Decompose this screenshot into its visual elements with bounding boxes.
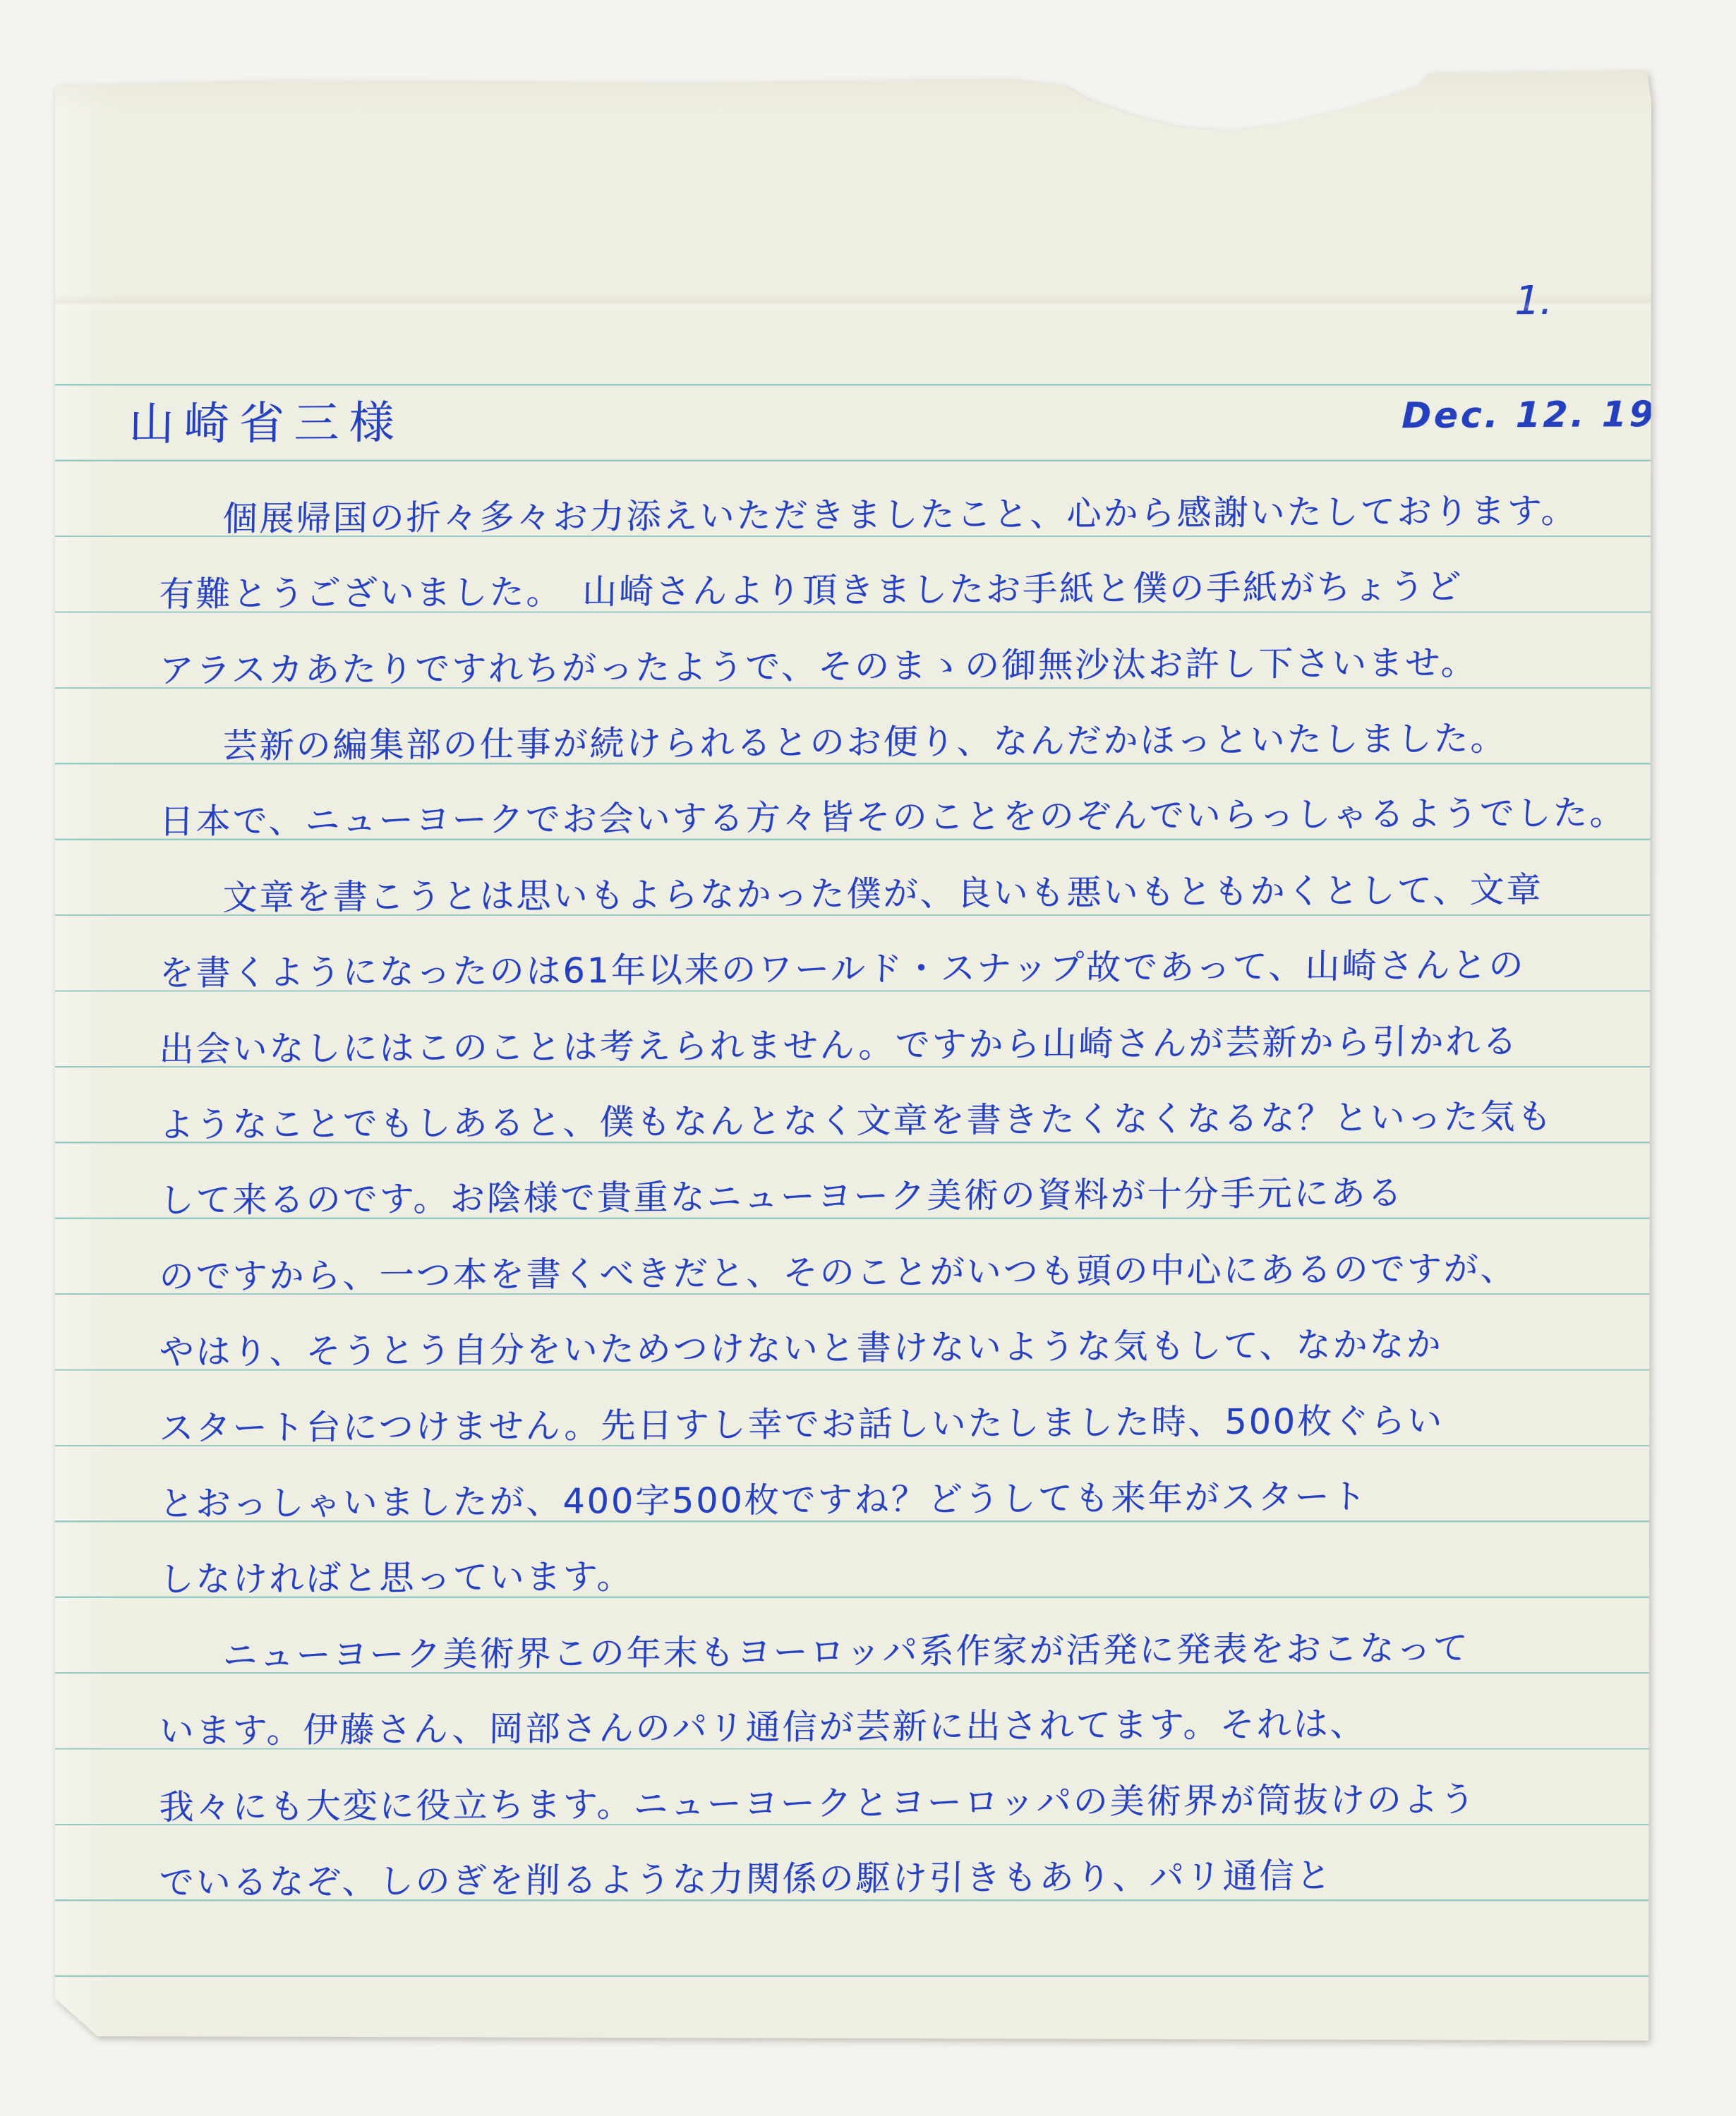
scanned-letter: 1. Dec. 12. 1982 山崎省三様 個展帰国の折々多々お力添えいただき… [0, 0, 1736, 2116]
letter-paper: 1. Dec. 12. 1982 山崎省三様 個展帰国の折々多々お力添えいただき… [55, 69, 1651, 2041]
handwritten-line: ニューヨーク美術界この年末もヨーロッパ系作家が活発に発表をおこなって [222, 1597, 1471, 1680]
handwritten-line: ようなことでもしあると、僕もなんとなく文章を書きたくなくなるな？といった気も [159, 1066, 1555, 1149]
letter-date: Dec. 12. 1982 [1402, 393, 1711, 436]
handwritten-line: でいるなぞ、しのぎを削るような力関係の駆け引きもあり、パリ通信と [159, 1825, 1334, 1907]
handwritten-line: やはり、そうとう自分をいためつけないと書けないような気もして、なかなか [159, 1294, 1444, 1377]
handwritten-line: 芸新の編集部の仕事が続けられるとのお便り、なんだかほっといたしました。 [222, 688, 1508, 770]
handwritten-line: して来るのです。お陰様で貴重なニューヨーク美術の資料が十分手元にある [159, 1143, 1405, 1226]
handwritten-line: のですから、一つ本を書くべきだと、そのことがいつも頭の中心にあるのですが、 [159, 1218, 1518, 1301]
handwritten-line: 我々にも大変に役立ちます。ニューヨークとヨーロッパの美術界が筒抜けのよう [159, 1748, 1478, 1831]
handwritten-line: 文章を書こうとは思いもよらなかった僕が、良いも悪いもともかくとして、文章 [222, 839, 1544, 921]
handwritten-line: アラスカあたりですれちがったようで、そのまゝの御無沙汰お許し下さいませ。 [159, 612, 1478, 694]
handwritten-line: 日本で、ニューヨークでお会いする方々皆そのことをのぞんでいらっしゃるようでした。 [159, 763, 1627, 847]
handwritten-line: 出会いなしにはこのことは考えられません。ですから山崎さんが芸新から引かれる [159, 991, 1519, 1074]
paper-sheet: 1. Dec. 12. 1982 山崎省三様 個展帰国の折々多々お力添えいただき… [55, 69, 1651, 2041]
handwritten-line: しなければと思っています。 [159, 1526, 634, 1604]
handwritten-line: を書くようになったのは61年以来のワールド・スナップ故であって、山崎さんとの [159, 914, 1526, 998]
handwritten-line: います。伊藤さん、岡部さんのパリ通信が芸新に出されてます。それは、 [159, 1674, 1368, 1755]
page-number: 1. [1514, 278, 1553, 324]
salutation: 山崎省三様 [128, 387, 404, 453]
handwritten-line: 個展帰国の折々多々お力添えいただきましたこと、心から感謝いたしております。 [222, 460, 1579, 543]
handwritten-line: スタート台につけません。先日すし幸でお話しいたしました時、500枚ぐらい [159, 1370, 1445, 1452]
handwritten-line: 有難とうございました。 山崎さんより頂きましたお手紙と僕の手紙がちょうど [159, 536, 1464, 619]
handwritten-line: とおっしゃいましたが、400字500枚ですね？どうしても来年がスタート [159, 1446, 1369, 1528]
